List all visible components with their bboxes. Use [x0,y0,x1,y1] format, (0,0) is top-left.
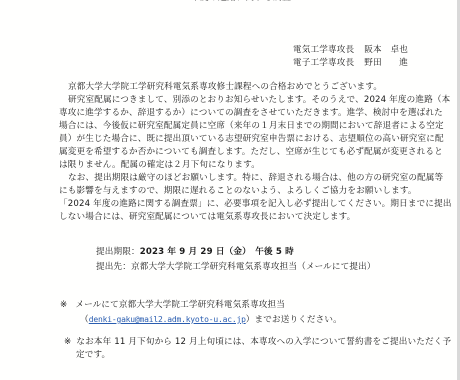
body-line: 研究室配属につきまして、別添のとおりお知らせいたします。そのうえで、2024 年… [68,95,450,106]
deadline-value: 2023 年 9 月 29 日（金） 午後 5 時 [140,247,294,257]
signatory-name: 阪本 卓也 [364,45,408,55]
signatory-role: 電気工学専攻長 [293,45,354,55]
signatory-role: 電子工学専攻長 [293,58,354,68]
body-line: 場合には、今後仮に研究室配属定員に空席（来年の１月末日までの期間において辞退者に… [59,121,444,132]
body-line: 員）が生じた場合に、既に提出頂いている志望研究室申告票における、志望順位の高い研… [59,134,444,145]
document-title: 2024 年度の進路に関する調査 [164,0,291,4]
deadline-label: 提出期限： [96,247,140,257]
submit-to-label: 提出先： [96,262,131,272]
signatory-name: 野田 進 [364,58,408,68]
note-text: ）までお送りください。 [246,315,342,325]
body-line: 属変更を希望するか否かについても調査します。ただし、空席が生じても必ず配属が変更… [59,147,443,158]
note-text: なお本年 11 月下旬から 12 月上旬頃には、本専攻への入学について誓約書をご… [76,337,451,347]
deadline: 提出期限：2023 年 9 月 29 日（金） 午後 5 時 [96,247,294,258]
signatory-1: 電気工学専攻長阪本 卓也 [293,45,408,56]
body-line: にも影響を与えますので、期限に遅れることのないよう、よろしくご協力をお願いします… [59,186,417,197]
note-text: メールにて京都大学大学院工学研究科電気系専攻担当 [75,300,285,310]
signatory-2: 電子工学専攻長野田 進 [293,58,408,69]
note-2-continued: 定です。 [76,350,110,361]
submit-to: 提出先：京都大学大学院工学研究科電気系専攻担当（メールにて提出） [96,262,376,273]
note-mark: ※ [64,337,71,347]
note-2: ※なお本年 11 月下旬から 12 月上旬頃には、本専攻への入学について誓約書を… [64,337,451,348]
paren-open: （ [80,315,89,325]
body-line: 京都大学大学院工学研究科電気系専攻修士課程への合格おめでとうございます。 [68,82,382,93]
body-line: しない場合には、研究室配属については電気系専攻長において決定します。 [59,212,355,223]
submit-to-value: 京都大学大学院工学研究科電気系専攻担当（メールにて提出） [131,262,376,272]
note-1: ※メールにて京都大学大学院工学研究科電気系専攻担当 [60,300,285,311]
body-line: 「2024 年度の進路に関する調査票」に、必要事項を記入し必ず提出してください。… [59,199,452,210]
body-line: は限りません。配属の確定は２月下旬になります。 [59,160,260,171]
body-line: なお、提出期限は厳守のほどお願いします。特に、辞退される場合は、他の方の研究室の… [68,173,443,184]
email-link[interactable]: denki-gaku@mail2.adm.kyoto-u.ac.jp [89,315,246,324]
note-1-email-line: （denki-gaku@mail2.adm.kyoto-u.ac.jp）までお送… [80,314,342,326]
note-mark: ※ [60,300,67,310]
body-line: 専攻に進学するか、辞退するか）についての調査をさせていただきます。進学、検討中を… [59,108,443,119]
document-page: 2024 年度の進路に関する調査 電気工学専攻長阪本 卓也 電子工学専攻長野田 … [0,0,457,380]
